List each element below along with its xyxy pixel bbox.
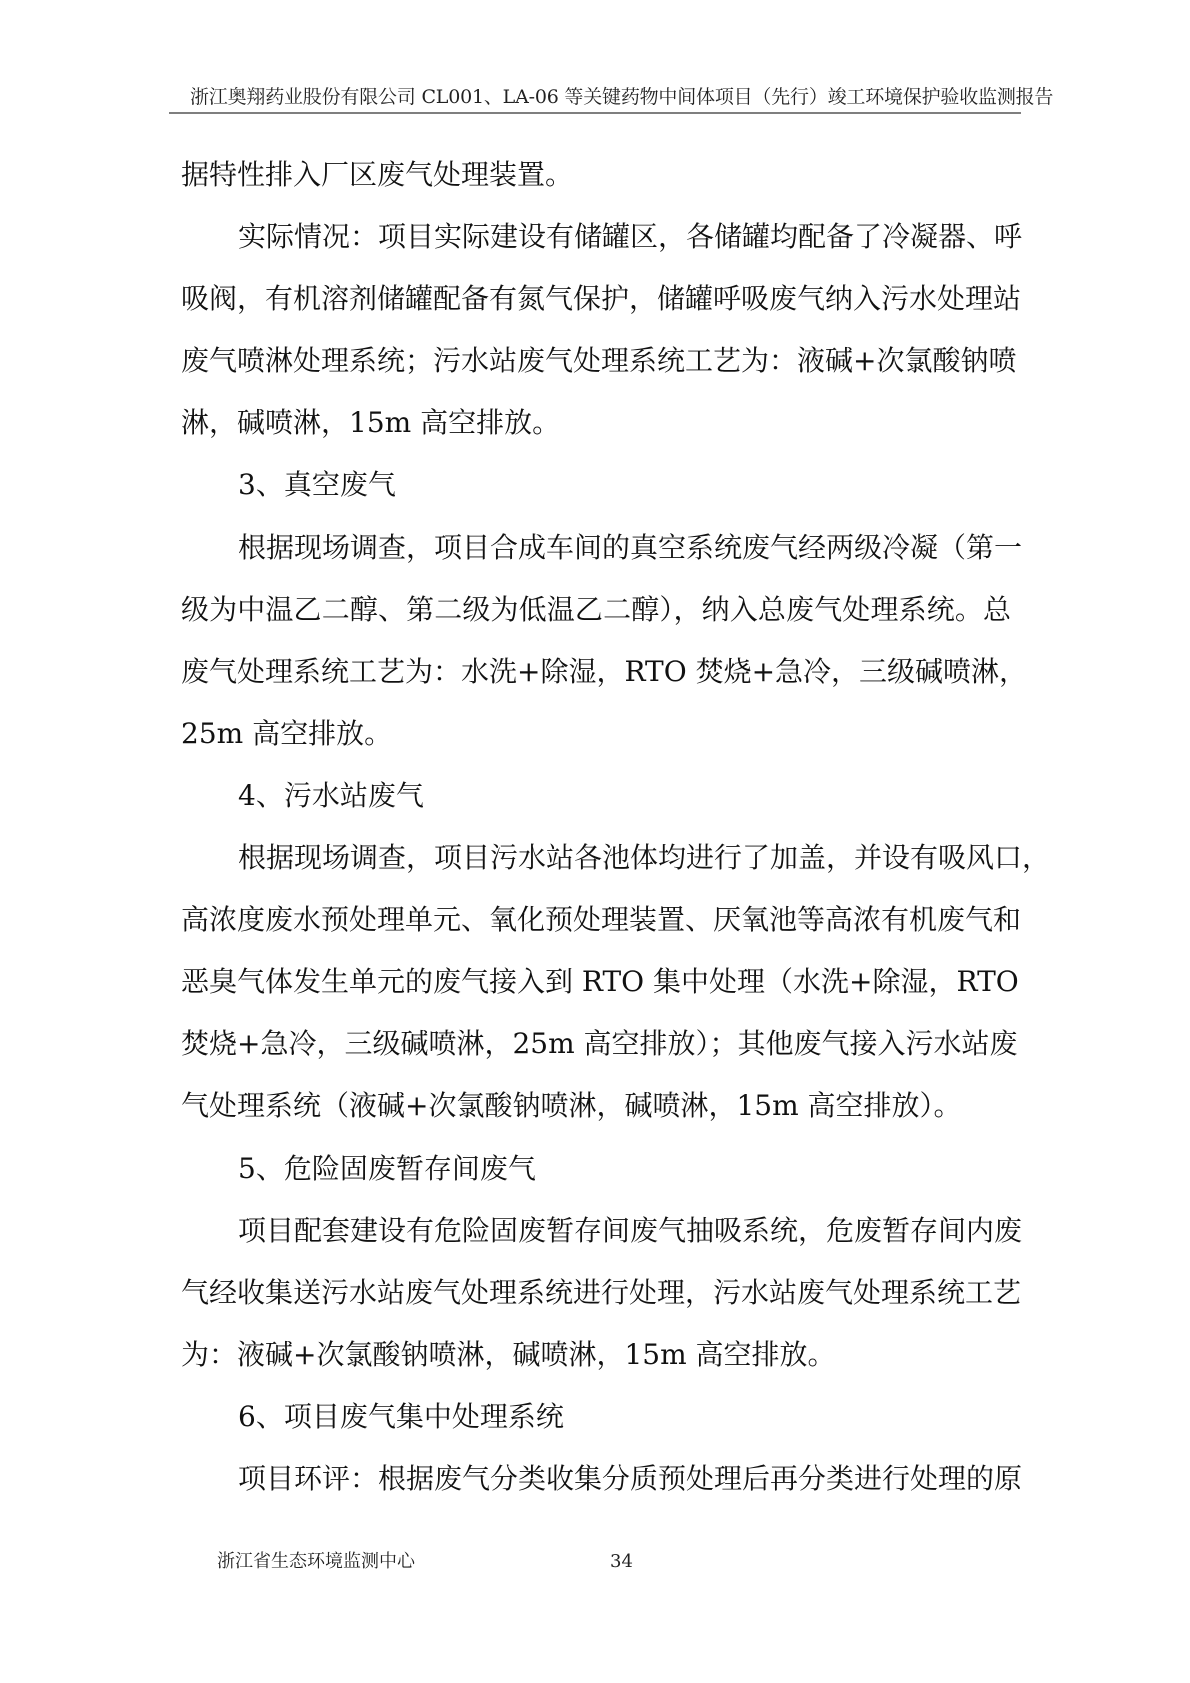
body-line: 气经收集送污水站废气处理系统进行处理，污水站废气处理系统工艺 — [181, 1262, 1011, 1324]
body-line: 气处理系统（液碱+次氯酸钠喷淋，碱喷淋，15m 高空排放）。 — [181, 1075, 1011, 1137]
body-line: 废气处理系统工艺为：水洗+除湿，RTO 焚烧+急冷，三级碱喷淋， — [181, 641, 1011, 703]
page-footer: 浙江省生态环境监测中心 34 — [217, 1550, 1017, 1576]
page-number: 34 — [610, 1550, 633, 1574]
body-line: 吸阀，有机溶剂储罐配备有氮气保护，储罐呼吸废气纳入污水处理站 — [181, 268, 1011, 330]
body-line: 为：液碱+次氯酸钠喷淋，碱喷淋，15m 高空排放。 — [181, 1324, 1011, 1386]
document-body: 据特性排入厂区废气处理装置。 实际情况：项目实际建设有储罐区，各储罐均配备了冷凝… — [181, 144, 1011, 1510]
paragraph-actual-situation-start: 实际情况：项目实际建设有储罐区，各储罐均配备了冷凝器、呼 — [181, 206, 1011, 268]
body-line: 恶臭气体发生单元的废气接入到 RTO 集中处理（水洗+除湿，RTO — [181, 951, 1011, 1013]
body-line: 焚烧+急冷，三级碱喷淋，25m 高空排放）；其他废气接入污水站废 — [181, 1013, 1011, 1075]
body-line: 项目环评：根据废气分类收集分质预处理后再分类进行处理的原 — [181, 1448, 1011, 1510]
body-line: 项目配套建设有危险固废暂存间废气抽吸系统，危废暂存间内废 — [181, 1200, 1011, 1262]
report-title: 浙江奥翔药业股份有限公司 CL001、LA-06 等关键药物中间体项目（先行）竣… — [190, 86, 1000, 108]
body-line: 高浓度废水预处理单元、氧化预处理装置、厌氧池等高浓有机废气和 — [181, 889, 1011, 951]
body-line: 级为中温乙二醇、第二级为低温乙二醇），纳入总废气处理系统。总 — [181, 579, 1011, 641]
body-line: 根据现场调查，项目污水站各池体均进行了加盖，并设有吸风口， — [181, 827, 1011, 889]
page-header: 浙江奥翔药业股份有限公司 CL001、LA-06 等关键药物中间体项目（先行）竣… — [169, 84, 1021, 114]
section-heading-hazardous-waste-storage-exhaust: 5、危险固废暂存间废气 — [181, 1138, 1011, 1200]
body-line: 据特性排入厂区废气处理装置。 — [181, 144, 1011, 206]
body-line: 废气喷淋处理系统；污水站废气处理系统工艺为：液碱+次氯酸钠喷 — [181, 330, 1011, 392]
body-line: 淋，碱喷淋，15m 高空排放。 — [181, 392, 1011, 454]
body-line: 根据现场调查，项目合成车间的真空系统废气经两级冷凝（第一 — [181, 517, 1011, 579]
section-heading-centralized-exhaust-treatment: 6、项目废气集中处理系统 — [181, 1386, 1011, 1448]
section-heading-sewage-station-exhaust: 4、污水站废气 — [181, 765, 1011, 827]
section-heading-vacuum-exhaust: 3、真空废气 — [181, 454, 1011, 516]
footer-organization: 浙江省生态环境监测中心 — [217, 1550, 415, 1574]
body-line: 25m 高空排放。 — [181, 703, 1011, 765]
